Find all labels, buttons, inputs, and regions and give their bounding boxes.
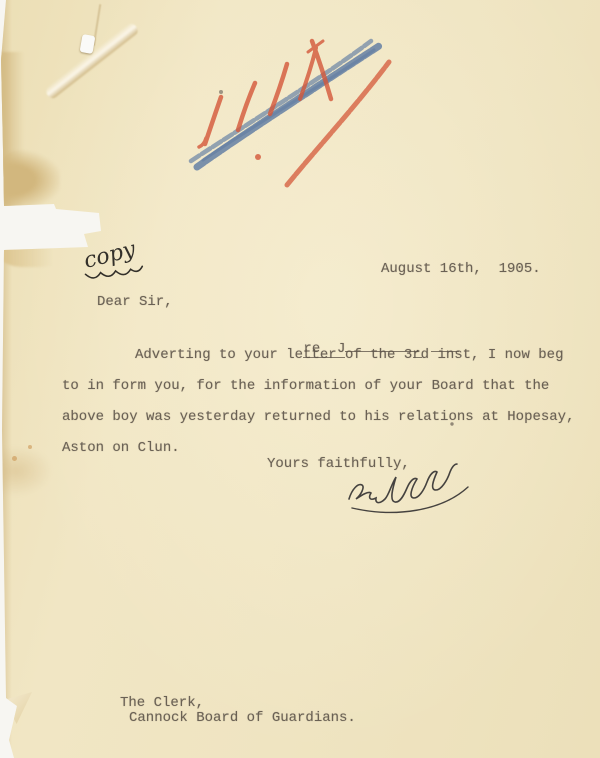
address-line-1: The Clerk, bbox=[120, 695, 204, 711]
paper-damage-torn-area bbox=[0, 150, 60, 210]
paper-damage-below-notch bbox=[0, 241, 62, 267]
body-line-1: Adverting to your letter of the 3rd inst… bbox=[135, 347, 563, 363]
foxing-speck bbox=[12, 456, 17, 461]
foxing-speck bbox=[28, 445, 32, 449]
paper-corner-fold bbox=[4, 692, 32, 724]
body-line-3: above boy was yesterday returned to his … bbox=[62, 409, 574, 425]
date-line: August 16th, 1905. bbox=[381, 261, 541, 277]
letter-paper: August 16th, 1905. Dear Sir, re J. Adver… bbox=[0, 0, 600, 758]
paper-stain bbox=[0, 446, 52, 496]
scanned-letter-page: August 16th, 1905. Dear Sir, re J. Adver… bbox=[0, 0, 600, 758]
salutation: Dear Sir, bbox=[97, 294, 173, 310]
body-line-4: Aston on Clun. bbox=[62, 440, 180, 456]
body-line-2: to in form you, for the information of y… bbox=[62, 378, 549, 394]
paper-left-edge-shading bbox=[0, 0, 12, 758]
address-line-2: Cannock Board of Guardians. bbox=[129, 710, 356, 726]
paper-crease-fold bbox=[44, 21, 141, 101]
closing-line: Yours faithfully, bbox=[267, 456, 410, 472]
paper-crease-line bbox=[93, 4, 102, 46]
punch-hole bbox=[80, 34, 96, 54]
paper-damage-left-edge bbox=[0, 52, 24, 217]
